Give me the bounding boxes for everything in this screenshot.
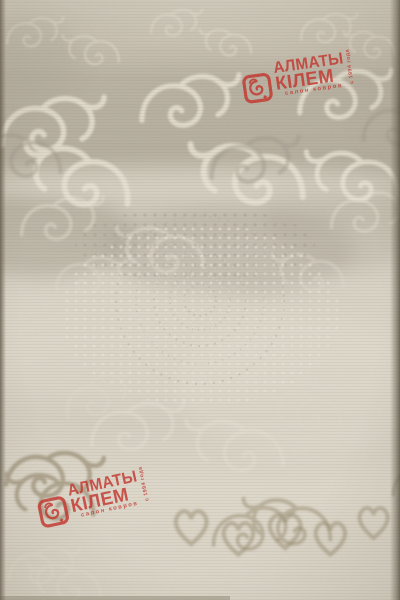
rug-photo-texture (0, 0, 400, 600)
rug-photo: АЛМАТЫ КІЛЕМ салон ковров с 1994 года АЛ… (0, 0, 400, 600)
